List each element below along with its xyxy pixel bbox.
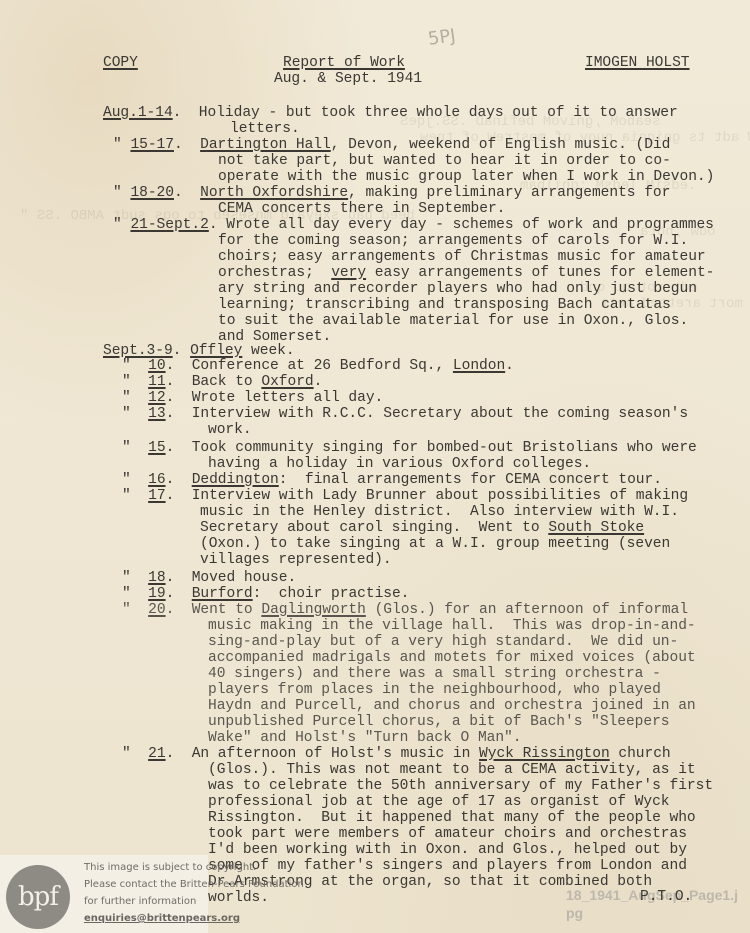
entry-sept-21: " 21. An afternoon of Holst's music in W… (122, 746, 671, 762)
entry-line: I'd been working with in Oxon. and Glos.… (208, 842, 687, 858)
filename-overlay-cont: pg (566, 905, 583, 921)
entry-line: villages represented). (200, 552, 392, 568)
entry-sept-17: " 17. Interview with Lady Brunner about … (122, 488, 688, 504)
entry-line: to suit the available material for use i… (218, 313, 688, 329)
bpf-logo: bpf (6, 865, 70, 929)
document-page: seaboM ,gnivoM befinaD .SS.jqeS .I.W adt… (0, 0, 750, 933)
entry-line: (Oxon.) to take singing at a W.I. group … (200, 536, 670, 552)
entry-line: 40 singers) and there was a small string… (208, 666, 661, 682)
place-dartington: Dartington Hall (200, 137, 331, 153)
contact-notice: Please contact the Britten-Pears Foundat… (84, 879, 304, 890)
place-offley: Offley (190, 343, 242, 359)
author-name: IMOGEN HOLST (585, 55, 690, 71)
entry-aug-1-14: Aug.1-14. Holiday - but took three whole… (103, 105, 678, 121)
copyright-notice: This image is subject to copyright. (84, 862, 256, 873)
entry-line: (Glos.). This was not meant to be a CEMA… (208, 762, 696, 778)
entry-sept-19: " 19. Burford: choir practise. (122, 586, 409, 602)
entry-sept-18: " 18. Moved house. (122, 570, 296, 586)
entry-sept-11: " 11. Back to Oxford. (122, 374, 322, 390)
entry-sept-12: " 12. Wrote letters all day. (122, 390, 383, 406)
entry-line: players from places in the neighbourhood… (208, 682, 661, 698)
entry-line: for the coming season; arrangements of c… (218, 233, 688, 249)
entry-line: music making in the village hall. This w… (208, 618, 696, 634)
report-title: Report of Work (283, 55, 405, 71)
entry-line: worlds. (208, 890, 269, 906)
entry-line: orchestras; very easy arrangements of tu… (218, 265, 714, 281)
entry-line: letters. (230, 121, 300, 137)
entry-line: music in the Henley district. Also inter… (200, 504, 679, 520)
place-north-oxfordshire: North Oxfordshire (200, 185, 348, 201)
entry-date: Aug.1-14 (103, 105, 173, 121)
entry-sept-3-9: Sept.3-9. Offley week. (103, 343, 295, 359)
entry-line: ary string and recorder players who had … (218, 281, 697, 297)
entry-line: not take part, but wanted to hear it in … (218, 153, 671, 169)
entry-aug-15-17: " 15-17. Dartington Hall, Devon, weekend… (113, 137, 670, 153)
entry-line: was to celebrate the 50th anniversary of… (208, 778, 713, 794)
entry-aug-21-sept-2: " 21-Sept.2. Wrote all day every day - s… (113, 217, 714, 233)
entry-sept-15: " 15. Took community singing for bombed-… (122, 440, 697, 456)
place-burford: Burford (192, 586, 253, 602)
entry-line: work. (208, 422, 252, 438)
pto-label: P.T.O. (640, 889, 692, 905)
entry-line: learning; transcribing and transposing B… (218, 297, 671, 313)
entry-line: unpublished Purcell chorus, a bit of Bac… (208, 714, 670, 730)
info-notice: for further information (84, 896, 196, 907)
entry-line: professional job at the age of 17 as org… (208, 794, 670, 810)
email-link[interactable]: enquiries@brittenpears.org (84, 913, 240, 924)
entry-line: took part were members of amateur choirs… (208, 826, 687, 842)
entry-line: CEMA concerts there in September. (218, 201, 505, 217)
entry-sept-20: " 20. Went to Daglingworth (Glos.) for a… (122, 602, 688, 618)
entry-line: operate with the music group later when … (218, 169, 714, 185)
entry-aug-18-20: " 18-20. North Oxfordshire, making preli… (113, 185, 670, 201)
pencil-annotation: 5PJ (427, 25, 457, 50)
entry-sept-16: " 16. Deddington: final arrangements for… (122, 472, 662, 488)
entry-sept-10: " 10. Conference at 26 Bedford Sq., Lond… (122, 358, 514, 374)
entry-line: sing-and-play but of a very high standar… (208, 634, 678, 650)
entry-line: choirs; easy arrangements of Christmas m… (218, 249, 706, 265)
report-period: Aug. & Sept. 1941 (274, 71, 422, 87)
entry-line: Wake" and Holst's "Turn back O Man". (208, 730, 521, 746)
entry-line: Haydn and Purcell, and chorus and orches… (208, 698, 696, 714)
copy-label: COPY (103, 55, 138, 71)
entry-sept-13: " 13. Interview with R.C.C. Secretary ab… (122, 406, 688, 422)
entry-line: some of my father's singers and players … (208, 858, 687, 874)
entry-line: accompanied madrigals and motets for mix… (208, 650, 696, 666)
entry-line: Rissington. But it happened that many of… (208, 810, 696, 826)
entry-line: having a holiday in various Oxford colle… (208, 456, 591, 472)
entry-line: Secretary about carol singing. Went to S… (200, 520, 644, 536)
place-deddington: Deddington (192, 472, 279, 488)
